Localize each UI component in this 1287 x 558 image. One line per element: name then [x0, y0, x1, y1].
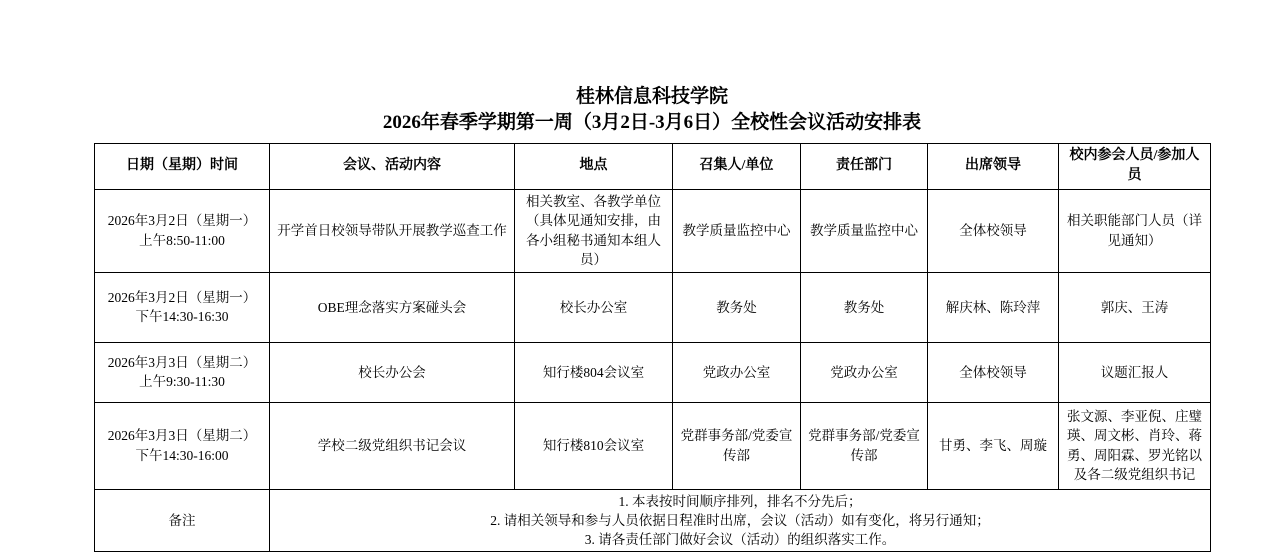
- cell-convener: 教务处: [673, 272, 801, 342]
- cell-meeting-content: 学校二级党组织书记会议: [270, 402, 515, 489]
- remarks-content: 1. 本表按时间顺序排列，排名不分先后； 2. 请相关领导和参与人员依据日程准时…: [270, 489, 1211, 551]
- header-convener: 召集人/单位: [673, 144, 801, 190]
- table-row: 2026年3月2日（星期一） 上午8:50-11:00 开学首日校领导带队开展教…: [95, 189, 1211, 272]
- cell-meeting-content: 开学首日校领导带队开展教学巡查工作: [270, 189, 515, 272]
- cell-date-time: 2026年3月3日（星期二） 下午14:30-16:00: [95, 402, 270, 489]
- meeting-schedule-table: 日期（星期）时间 会议、活动内容 地点 召集人/单位 责任部门 出席领导 校内参…: [94, 143, 1211, 552]
- header-attending-leaders: 出席领导: [928, 144, 1059, 190]
- cell-responsible-dept: 党政办公室: [801, 342, 928, 402]
- date-text: 2026年3月2日（星期一）: [100, 288, 264, 308]
- cell-date-time: 2026年3月2日（星期一） 下午14:30-16:30: [95, 272, 270, 342]
- time-text: 上午8:50-11:00: [100, 231, 264, 251]
- cell-participants: 郭庆、王涛: [1059, 272, 1211, 342]
- remark-line-1: 1. 本表按时间顺序排列，排名不分先后；: [275, 492, 1205, 511]
- time-text: 下午14:30-16:00: [100, 446, 264, 466]
- cell-participants: 张文源、李亚倪、庄璧瑛、周文彬、肖玲、蒋勇、周阳霖、罗光铭以及各二级党组织书记: [1059, 402, 1211, 489]
- time-text: 上午9:30-11:30: [100, 372, 264, 392]
- header-meeting-content: 会议、活动内容: [270, 144, 515, 190]
- cell-location: 相关教室、各教学单位（具体见通知安排，由各小组秘书通知本组人员）: [515, 189, 673, 272]
- remarks-row: 备注 1. 本表按时间顺序排列，排名不分先后； 2. 请相关领导和参与人员依据日…: [95, 489, 1211, 551]
- page-title: 桂林信息科技学院: [94, 84, 1210, 109]
- time-text: 下午14:30-16:30: [100, 307, 264, 327]
- cell-convener: 党政办公室: [673, 342, 801, 402]
- cell-convener: 党群事务部/党委宣传部: [673, 402, 801, 489]
- table-row: 2026年3月3日（星期二） 上午9:30-11:30 校长办公会 知行楼804…: [95, 342, 1211, 402]
- header-date-time: 日期（星期）时间: [95, 144, 270, 190]
- cell-attending-leaders: 甘勇、李飞、周璇: [928, 402, 1059, 489]
- date-text: 2026年3月3日（星期二）: [100, 426, 264, 446]
- header-responsible-dept: 责任部门: [801, 144, 928, 190]
- cell-participants: 议题汇报人: [1059, 342, 1211, 402]
- remark-line-3: 3. 请各责任部门做好会议（活动）的组织落实工作。: [275, 530, 1205, 549]
- cell-date-time: 2026年3月2日（星期一） 上午8:50-11:00: [95, 189, 270, 272]
- cell-date-time: 2026年3月3日（星期二） 上午9:30-11:30: [95, 342, 270, 402]
- title-block: 桂林信息科技学院 2026年春季学期第一周（3月2日-3月6日）全校性会议活动安…: [94, 84, 1210, 136]
- cell-location: 知行楼804会议室: [515, 342, 673, 402]
- table-row: 2026年3月3日（星期二） 下午14:30-16:00 学校二级党组织书记会议…: [95, 402, 1211, 489]
- cell-location: 知行楼810会议室: [515, 402, 673, 489]
- cell-location: 校长办公室: [515, 272, 673, 342]
- cell-responsible-dept: 教学质量监控中心: [801, 189, 928, 272]
- table-header-row: 日期（星期）时间 会议、活动内容 地点 召集人/单位 责任部门 出席领导 校内参…: [95, 144, 1211, 190]
- cell-attending-leaders: 全体校领导: [928, 342, 1059, 402]
- cell-attending-leaders: 解庆林、陈玲萍: [928, 272, 1059, 342]
- cell-responsible-dept: 教务处: [801, 272, 928, 342]
- cell-participants: 相关职能部门人员（详见通知）: [1059, 189, 1211, 272]
- cell-convener: 教学质量监控中心: [673, 189, 801, 272]
- document-page: 桂林信息科技学院 2026年春季学期第一周（3月2日-3月6日）全校性会议活动安…: [0, 0, 1287, 558]
- remarks-label: 备注: [95, 489, 270, 551]
- remark-line-2: 2. 请相关领导和参与人员依据日程准时出席，会议（活动）如有变化，将另行通知；: [275, 511, 1205, 530]
- cell-meeting-content: OBE理念落实方案碰头会: [270, 272, 515, 342]
- cell-meeting-content: 校长办公会: [270, 342, 515, 402]
- cell-responsible-dept: 党群事务部/党委宣传部: [801, 402, 928, 489]
- header-location: 地点: [515, 144, 673, 190]
- date-text: 2026年3月2日（星期一）: [100, 211, 264, 231]
- cell-attending-leaders: 全体校领导: [928, 189, 1059, 272]
- page-subtitle: 2026年春季学期第一周（3月2日-3月6日）全校性会议活动安排表: [94, 109, 1210, 136]
- header-participants: 校内参会人员/参加人员: [1059, 144, 1211, 190]
- table-row: 2026年3月2日（星期一） 下午14:30-16:30 OBE理念落实方案碰头…: [95, 272, 1211, 342]
- date-text: 2026年3月3日（星期二）: [100, 353, 264, 373]
